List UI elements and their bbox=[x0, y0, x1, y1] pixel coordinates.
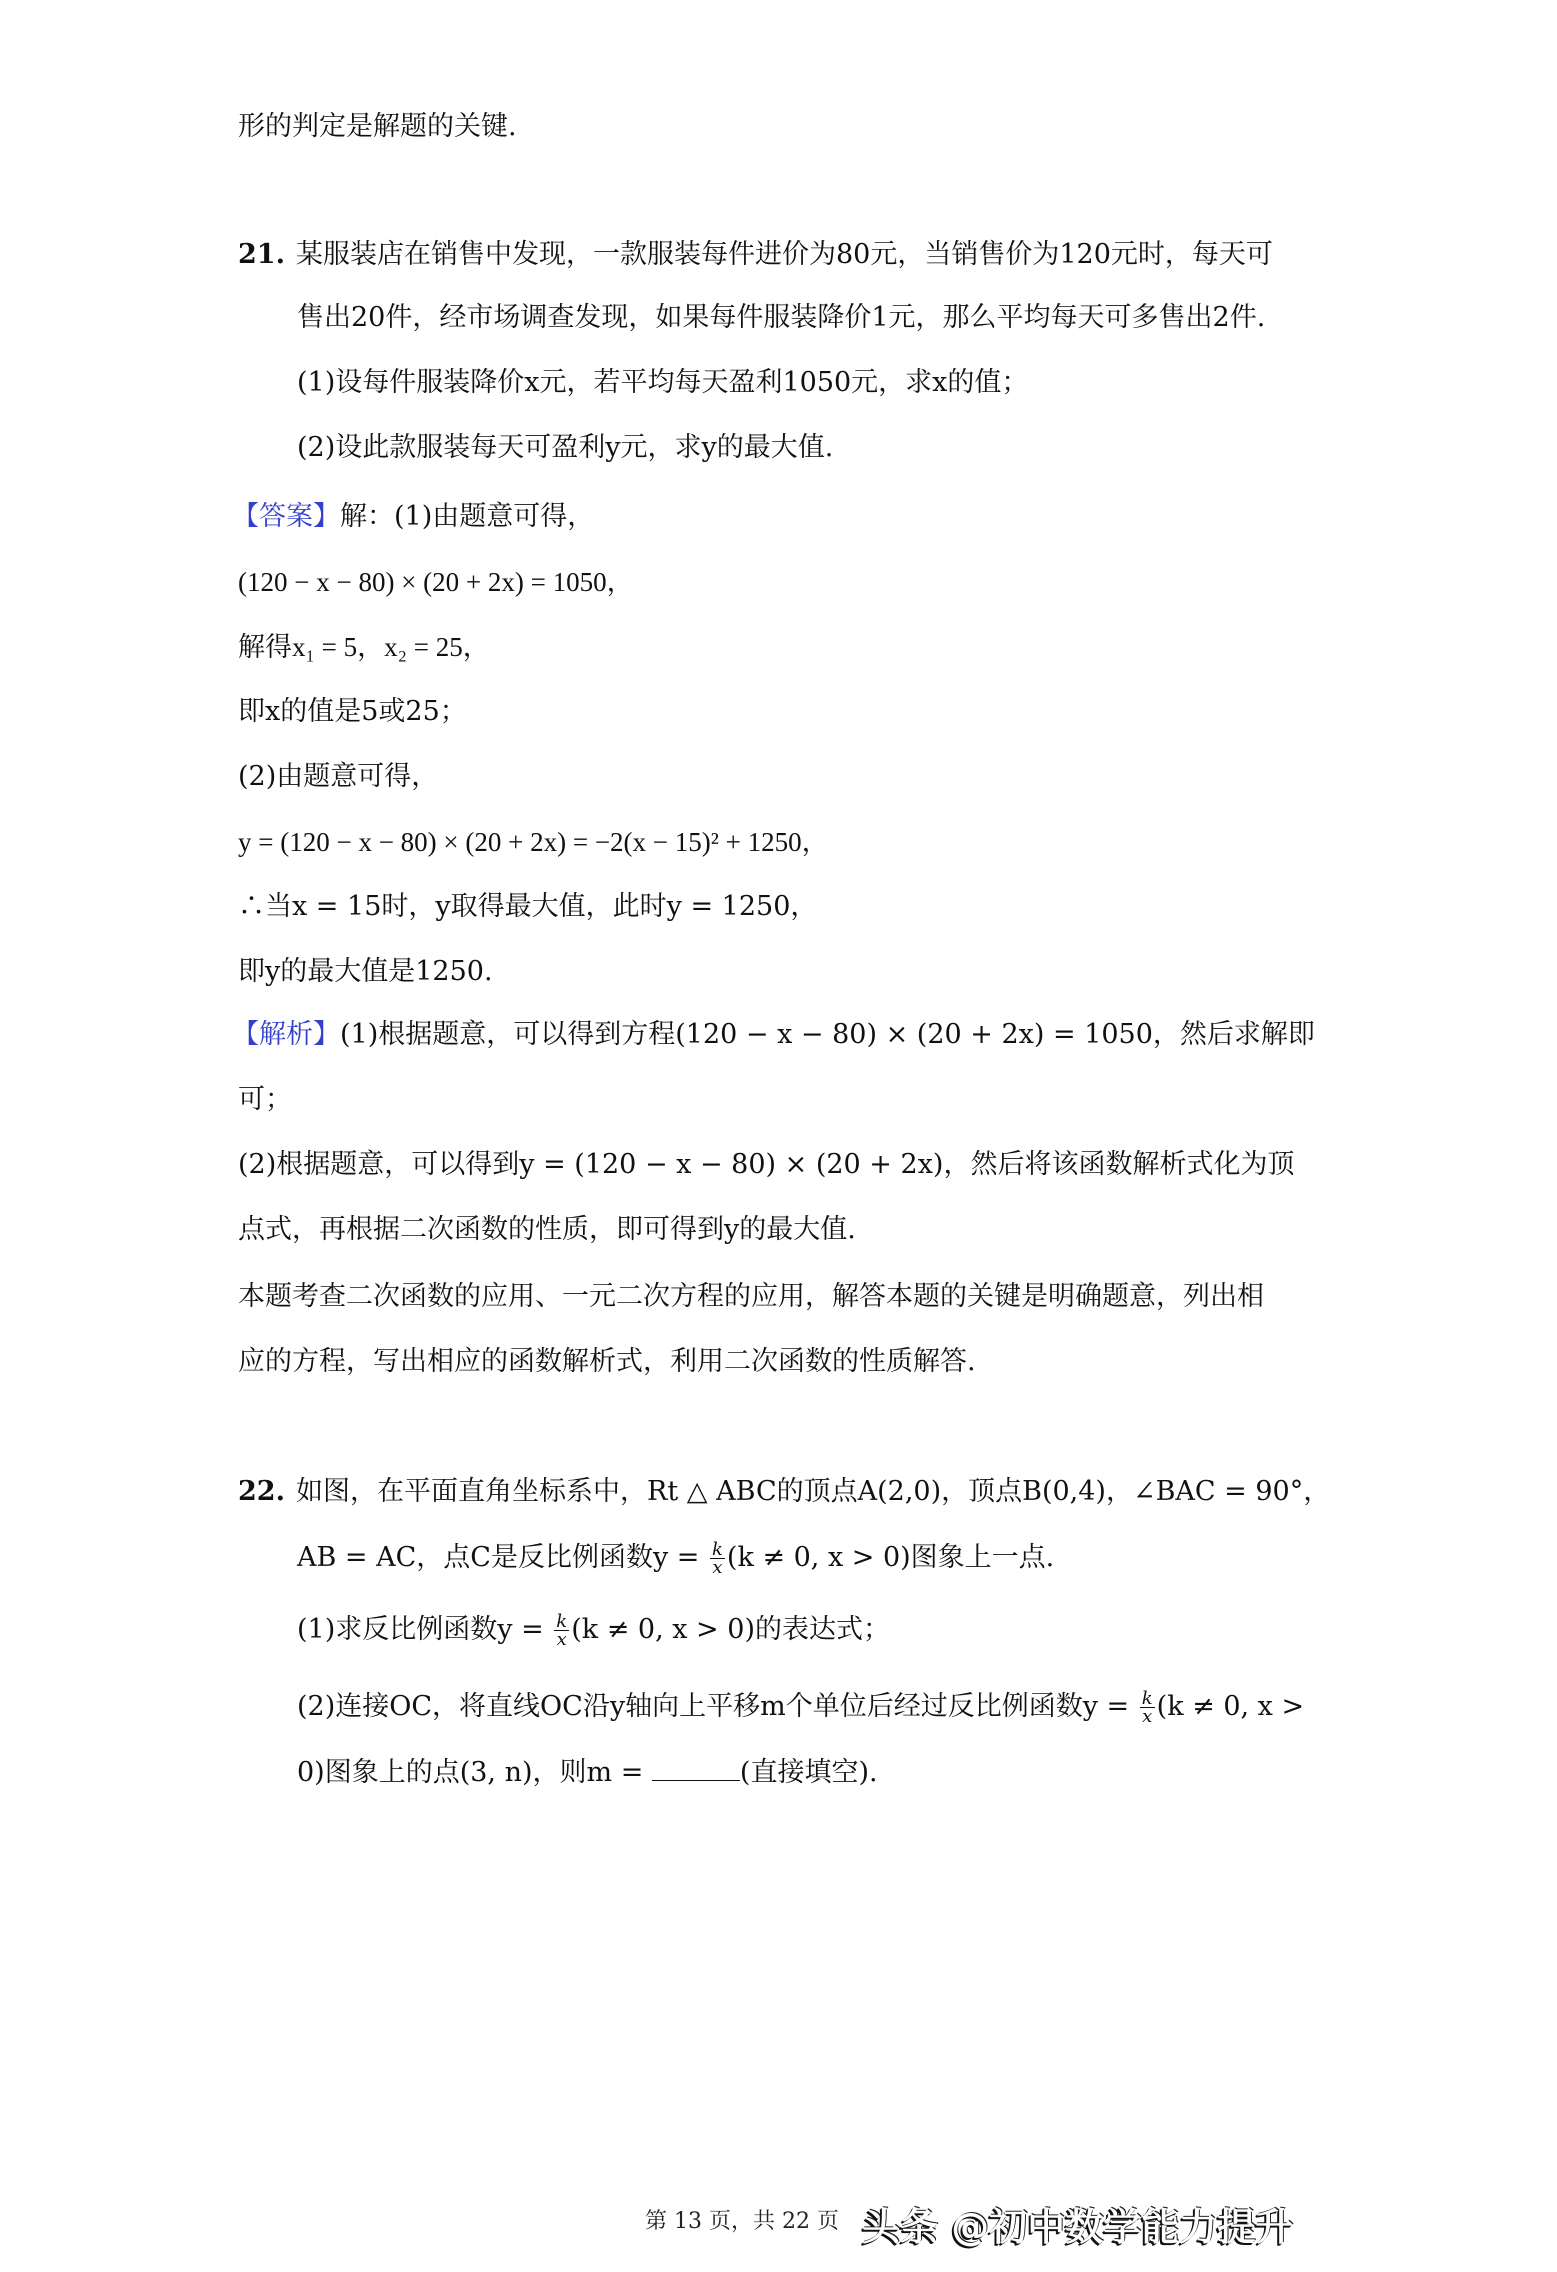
q21-answer-line0: 【答案】解：(1)由题意可得， bbox=[232, 499, 594, 535]
q21-analysis-line0: 【解析】(1)根据题意，可以得到方程(120 − x − 80) × (20 +… bbox=[232, 1017, 1315, 1053]
q22-part2-text-a: (2)连接OC，将直线OC沿y轴向上平移m个单位后经过反比例函数y = bbox=[297, 1691, 1138, 1722]
watermark: 头条 @初中数学能力提升 bbox=[862, 2196, 1293, 2251]
answer-text: 解：(1)由题意可得， bbox=[340, 501, 594, 532]
answer-line: 即x的值是5或25； bbox=[238, 694, 467, 730]
answer-label: 【答案】 bbox=[232, 501, 340, 532]
q22-number: 22. bbox=[238, 1474, 296, 1510]
q21-part2: (2)设此款服装每天可盈利y元，求y的最大值. bbox=[297, 430, 833, 466]
q21-stem-text-1: 某服装店在销售中发现，一款服装每件进价为80元，当销售价为120元时，每天可 bbox=[296, 239, 1273, 270]
answer-line: (120 − x − 80) × (20 + 2x) = 1050， bbox=[238, 564, 634, 600]
q22-stem-text-2a: AB = AC，点C是反比例函数y = bbox=[297, 1542, 708, 1573]
answer-line: (2)由题意可得， bbox=[238, 759, 438, 795]
analysis-label: 【解析】 bbox=[232, 1019, 340, 1050]
analysis-text: (1)根据题意，可以得到方程(120 − x − 80) × (20 + 2x)… bbox=[340, 1019, 1315, 1050]
fraction-k-over-x: kx bbox=[710, 1541, 725, 1576]
analysis-line: (2)根据题意，可以得到y = (120 − x − 80) × (20 + 2… bbox=[238, 1147, 1294, 1183]
analysis-line: 应的方程，写出相应的函数解析式，利用二次函数的性质解答. bbox=[238, 1344, 976, 1380]
q22-stem-text-1: 如图，在平面直角坐标系中，Rt △ ABC的顶点A(2,0)，顶点B(0,4)，… bbox=[296, 1476, 1330, 1507]
fill-in-blank bbox=[652, 1758, 740, 1781]
q22-part2-text-b: (k ≠ 0, x > bbox=[1157, 1691, 1304, 1722]
fraction-k-over-x: kx bbox=[1140, 1690, 1155, 1725]
q22-part2-text-d: (直接填空). bbox=[740, 1757, 878, 1788]
q21-part1: (1)设每件服装降价x元，若平均每天盈利1050元，求x的值； bbox=[297, 365, 1028, 401]
q22-part2-line1: (2)连接OC，将直线OC沿y轴向上平移m个单位后经过反比例函数y = kx(k… bbox=[297, 1689, 1304, 1725]
answer-line: ∴当x = 15时，y取得最大值，此时y = 1250， bbox=[238, 889, 817, 925]
answer-line: 解得x₁ = 5，x₂ = 25， bbox=[238, 629, 490, 665]
page-number: 第 13 页，共 22 页 bbox=[645, 2204, 839, 2235]
fraction-k-over-x: kx bbox=[554, 1613, 569, 1648]
q22-part2-line2: 0)图象上的点(3, n)，则m = (直接填空). bbox=[297, 1755, 878, 1791]
answer-line: 即y的最大值是1250. bbox=[238, 954, 493, 990]
q22-part1: (1)求反比例函数y = kx(k ≠ 0, x > 0)的表达式； bbox=[297, 1612, 890, 1648]
analysis-line: 可； bbox=[238, 1082, 292, 1118]
q22-stem-line2: AB = AC，点C是反比例函数y = kx(k ≠ 0, x > 0)图象上一… bbox=[297, 1540, 1054, 1576]
q22-part2-text-c: 0)图象上的点(3, n)，则m = bbox=[297, 1757, 652, 1788]
previous-answer-tail: 形的判定是解题的关键. bbox=[238, 109, 517, 145]
q22-part1-text-b: (k ≠ 0, x > 0)的表达式； bbox=[571, 1614, 890, 1645]
q22-stem-line1: 22.如图，在平面直角坐标系中，Rt △ ABC的顶点A(2,0)，顶点B(0,… bbox=[238, 1474, 1330, 1510]
analysis-line: 点式，再根据二次函数的性质，即可得到y的最大值. bbox=[238, 1212, 856, 1248]
q21-number: 21. bbox=[238, 237, 296, 273]
q21-stem-line1: 21.某服装店在销售中发现，一款服装每件进价为80元，当销售价为120元时，每天… bbox=[238, 237, 1273, 273]
q22-stem-text-2b: (k ≠ 0, x > 0)图象上一点. bbox=[727, 1542, 1054, 1573]
answer-line: y = (120 − x − 80) × (20 + 2x) = −2(x − … bbox=[238, 824, 829, 860]
q21-stem-line2: 售出20件，经市场调查发现，如果每件服装降价1元，那么平均每天可多售出2件. bbox=[297, 300, 1265, 336]
q22-part1-text-a: (1)求反比例函数y = bbox=[297, 1614, 552, 1645]
analysis-line: 本题考查二次函数的应用、一元二次方程的应用，解答本题的关键是明确题意，列出相 bbox=[238, 1279, 1264, 1315]
